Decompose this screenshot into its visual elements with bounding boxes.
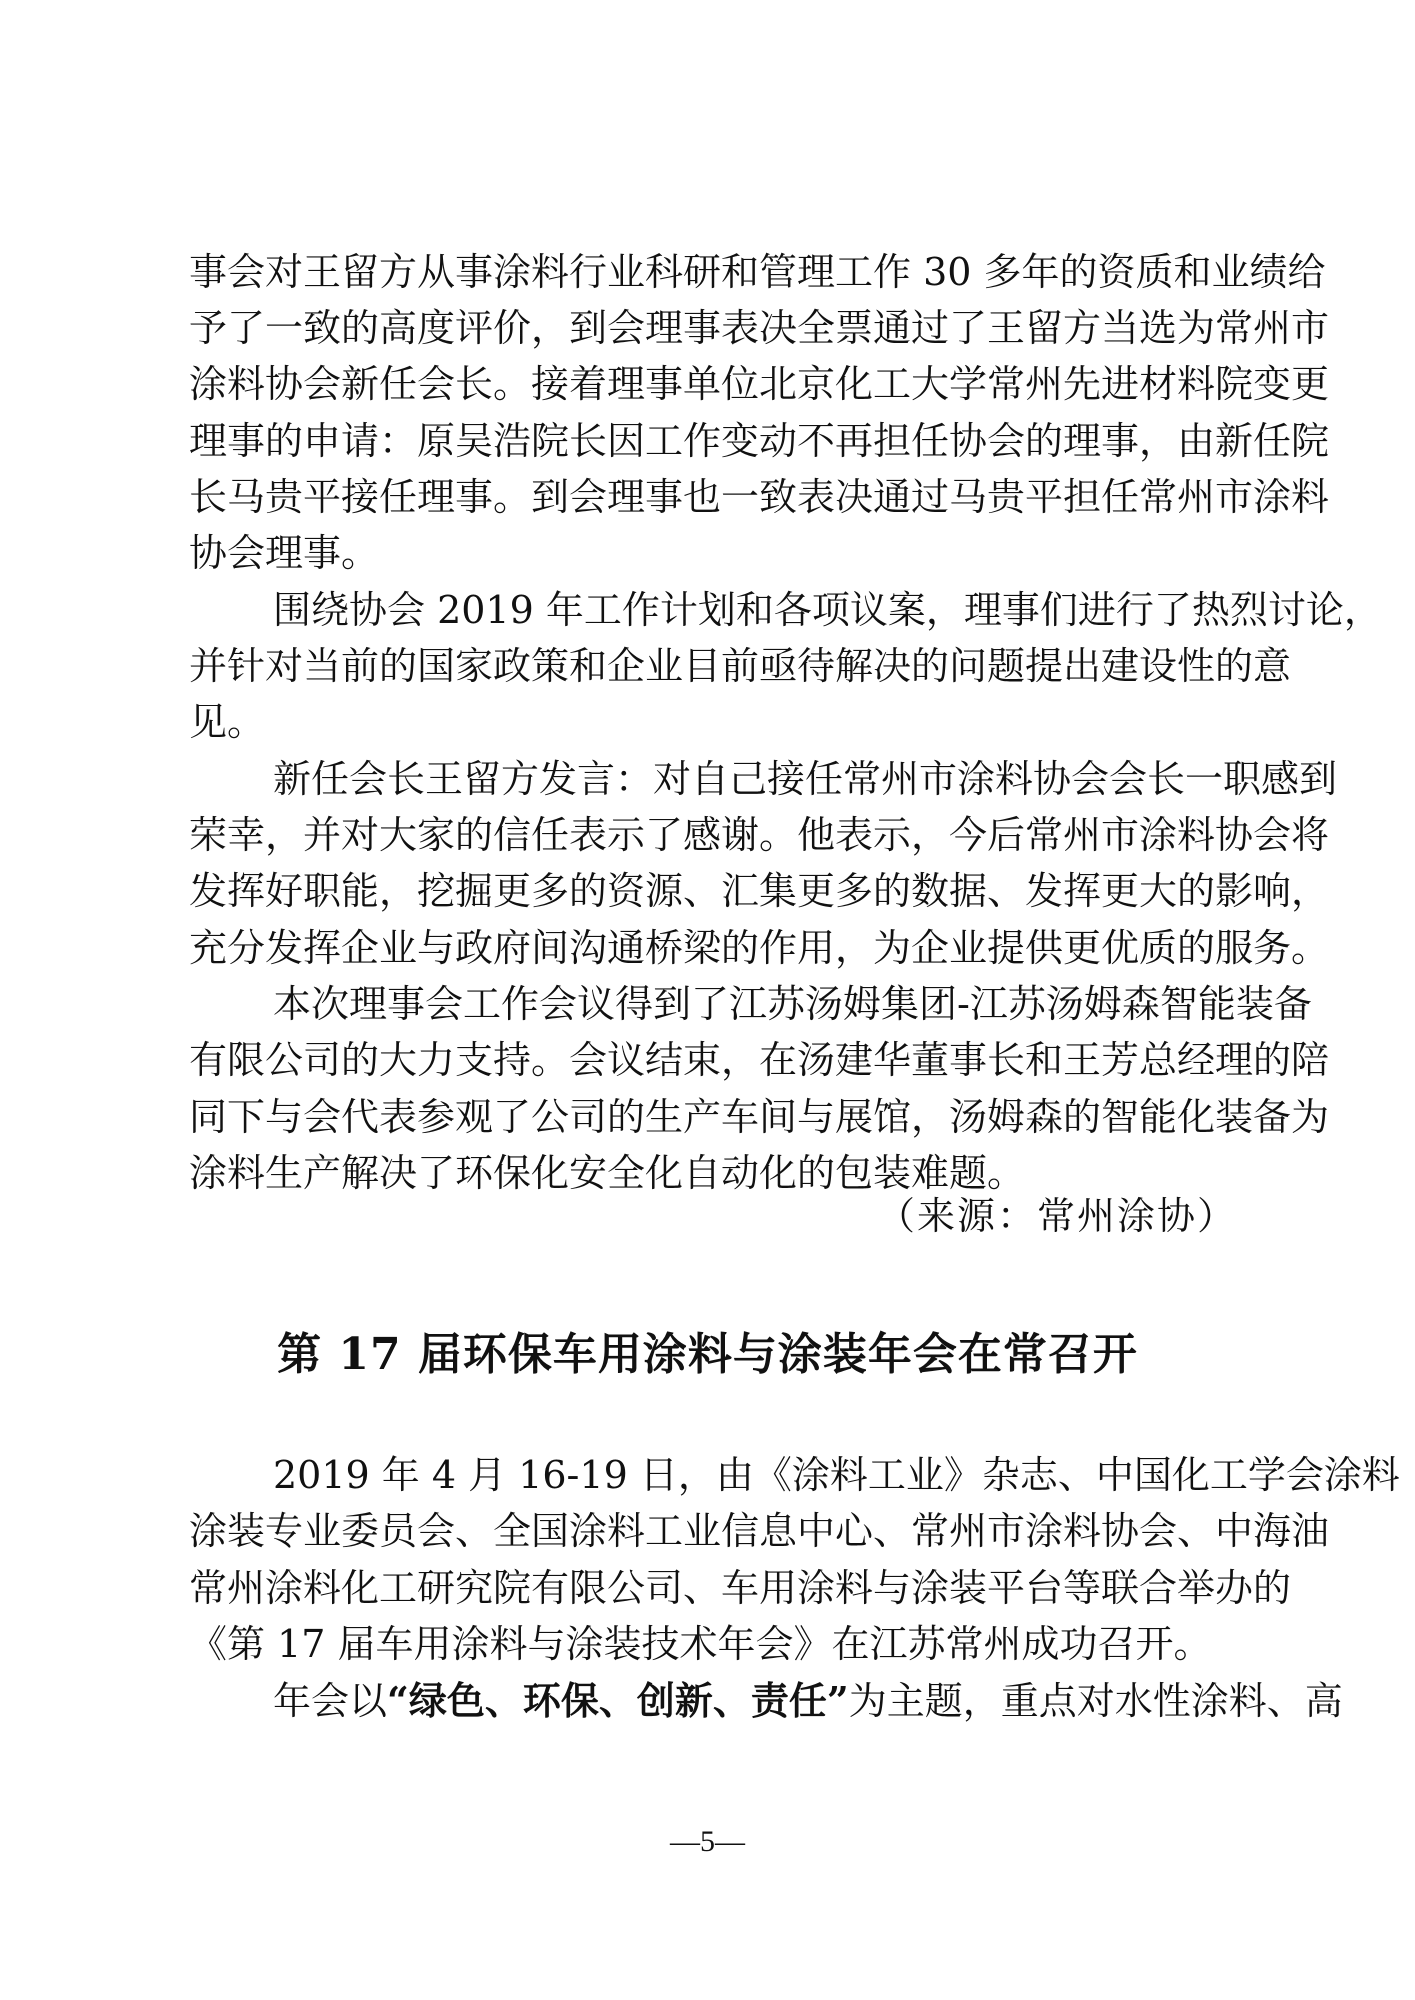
paragraph-line: 涂料协会新任会长。接着理事单位北京化工大学常州先进材料院变更 [189,356,1239,412]
paragraph-line: 发挥好职能，挖掘更多的资源、汇集更多的数据、发挥更大的影响， [189,863,1239,919]
paragraph-line: 有限公司的大力支持。会议结束，在汤建华董事长和王芳总经理的陪 [189,1032,1239,1088]
theme-suffix: 为主题，重点对水性涂料、高 [849,1679,1343,1723]
page-number: —5— [0,1822,1415,1862]
paragraph-line: 新任会长王留方发言：对自己接任常州市涂料协会会长一职感到 [273,751,1239,807]
paragraph-line: 充分发挥企业与政府间沟通桥梁的作用，为企业提供更优质的服务。 [189,920,1239,976]
article-title: 第 17 届环保车用涂料与涂装年会在常召开 [0,1326,1415,1384]
paragraph-line: 常州涂料化工研究院有限公司、车用涂料与涂装平台等联合举办的 [189,1560,1239,1616]
paragraph-line: 协会理事。 [189,525,1239,581]
paragraph-line: 荣幸，并对大家的信任表示了感谢。他表示，今后常州市涂料协会将 [189,807,1239,863]
theme-emphasis: “绿色、环保、创新、责任” [387,1678,849,1723]
paragraph-line: 同下与会代表参观了公司的生产车间与展馆，汤姆森的智能化装备为 [189,1089,1239,1145]
paragraph-line: 见。 [189,694,1239,750]
theme-prefix: 年会以 [273,1679,387,1723]
paragraph-line: 年会以“绿色、环保、创新、责任”为主题，重点对水性涂料、高 [273,1673,1239,1729]
paragraph-line: 事会对王留方从事涂料行业科研和管理工作 30 多年的资质和业绩给 [189,244,1239,300]
paragraph-line: 《第 17 届车用涂料与涂装技术年会》在江苏常州成功召开。 [189,1616,1239,1672]
paragraph-line: 本次理事会工作会议得到了江苏汤姆集团-江苏汤姆森智能装备 [273,976,1239,1032]
source-attribution: （来源：常州涂协） [877,1188,1237,1244]
document-page: 事会对王留方从事涂料行业科研和管理工作 30 多年的资质和业绩给 予了一致的高度… [0,0,1415,2000]
paragraph-line: 涂装专业委员会、全国涂料工业信息中心、常州市涂料协会、中海油 [189,1503,1239,1559]
paragraph-line: 围绕协会 2019 年工作计划和各项议案，理事们进行了热烈讨论， [273,582,1239,638]
paragraph-line: 予了一致的高度评价，到会理事表决全票通过了王留方当选为常州市 [189,300,1239,356]
paragraph-line: 2019 年 4 月 16-19 日，由《涂料工业》杂志、中国化工学会涂料 [273,1447,1239,1503]
paragraph-line: 并针对当前的国家政策和企业目前亟待解决的问题提出建设性的意 [189,638,1239,694]
paragraph-line: 理事的申请：原吴浩院长因工作变动不再担任协会的理事，由新任院 [189,413,1239,469]
paragraph-line: 长马贵平接任理事。到会理事也一致表决通过马贵平担任常州市涂料 [189,469,1239,525]
